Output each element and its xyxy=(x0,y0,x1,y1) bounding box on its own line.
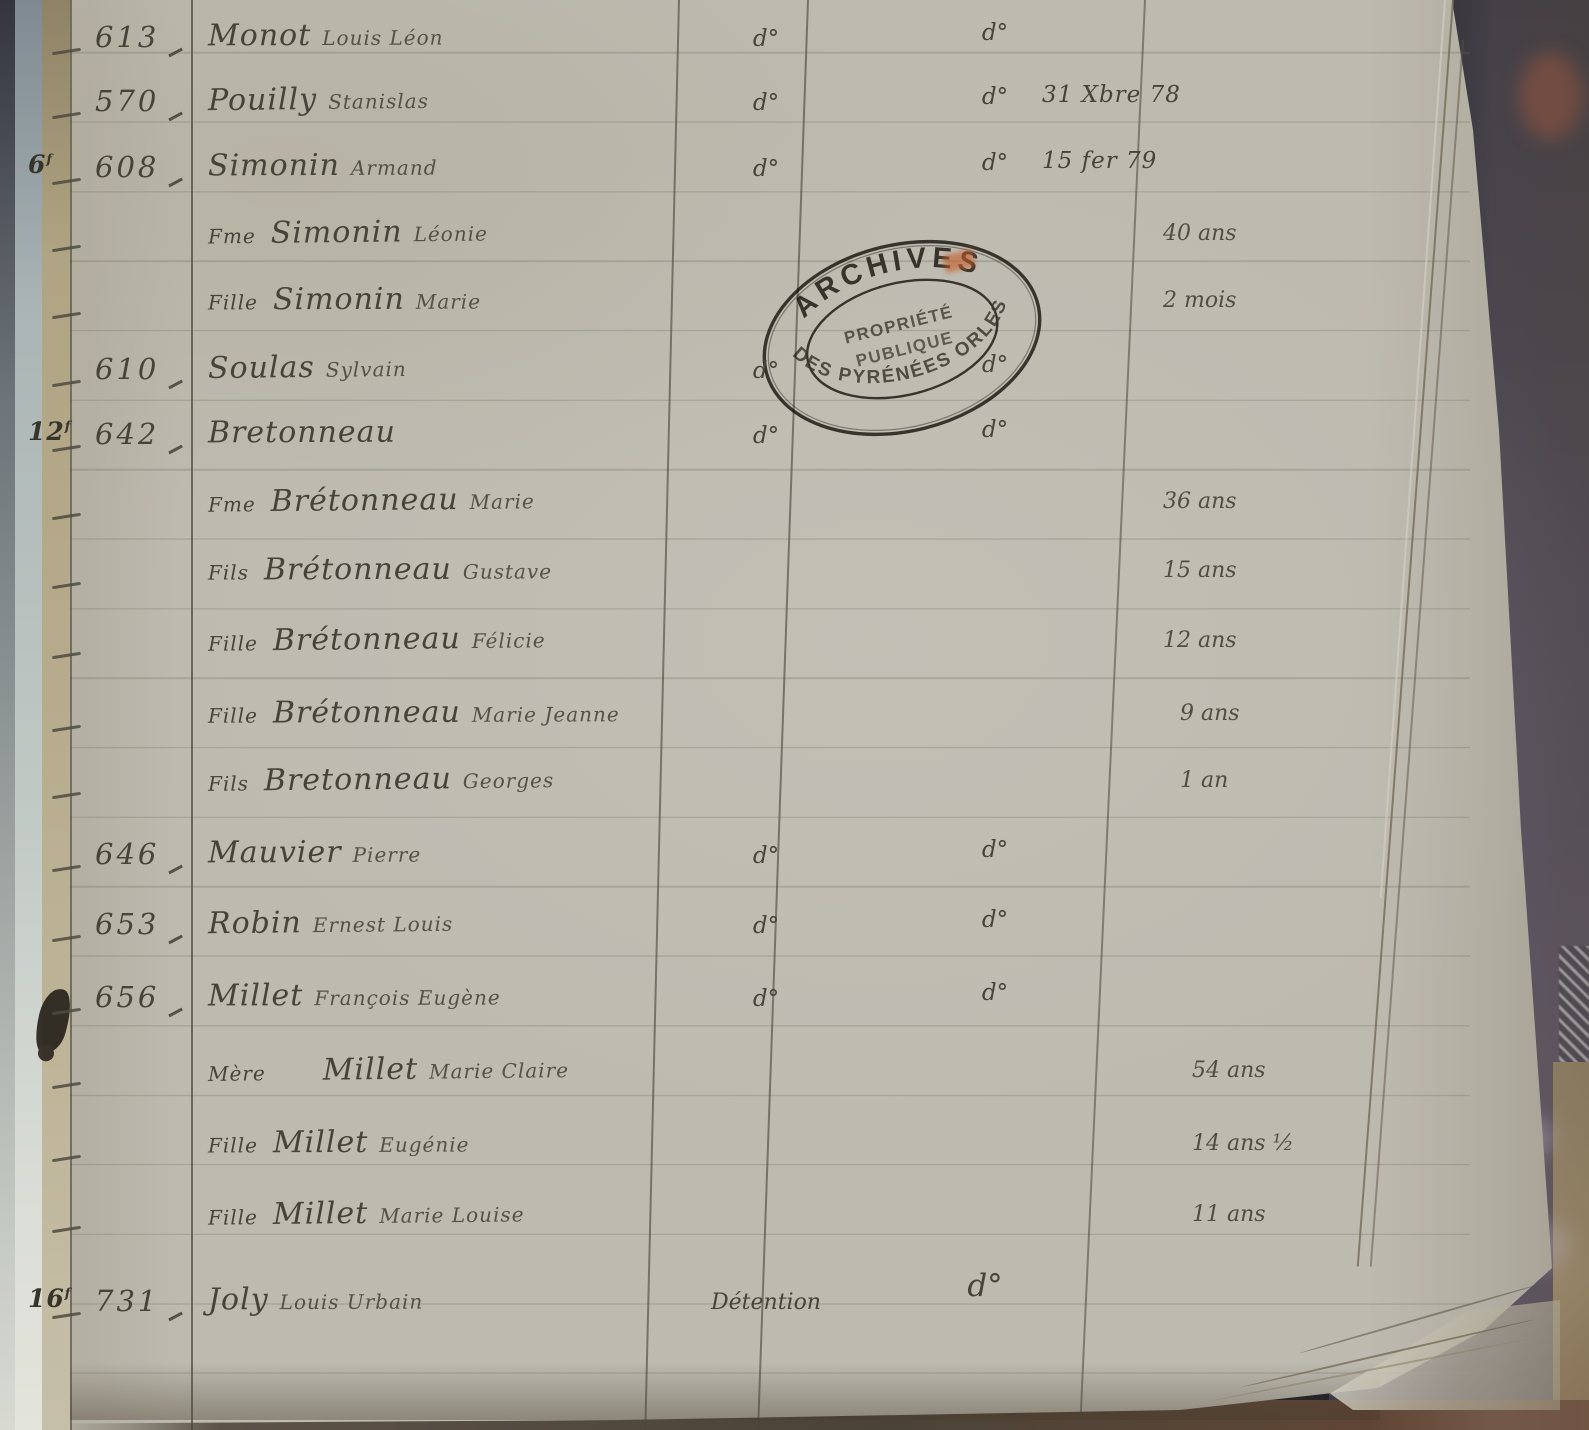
ditto-cell: d° xyxy=(928,980,1062,1006)
motif-cell: d° xyxy=(700,90,832,116)
margin-dash xyxy=(52,1008,81,1015)
kinship-prefix: Fille xyxy=(208,290,258,314)
given-names: Armand xyxy=(351,156,438,180)
motif-cell: Détention xyxy=(700,1290,832,1315)
age-cell: 1 an xyxy=(1180,768,1228,793)
kinship-prefix: Mère xyxy=(208,1061,266,1086)
name-cell: Bretonneau xyxy=(208,415,396,451)
motif-cell: d° xyxy=(700,26,832,52)
surname: Millet xyxy=(273,1125,368,1160)
ledger-row: 16f 731 JolyLouis Urbain Détention d° xyxy=(0,1282,1589,1346)
ditto-cell: d° xyxy=(928,837,1062,863)
ledger-row: FilleMilletMarie Louise 11 ans xyxy=(0,1196,1589,1260)
given-names: Pierre xyxy=(353,843,422,867)
matricule-number: 608 xyxy=(95,150,159,184)
ledger-row: FmeBrétonneauMarie 36 ans xyxy=(0,483,1589,547)
margin-dash xyxy=(52,935,81,942)
margin-dash xyxy=(52,245,81,252)
given-names: Louis Urbain xyxy=(280,1290,424,1315)
age-cell: 12 ans xyxy=(1163,628,1237,653)
ledger-row: 610 SoulasSylvain d° d° xyxy=(0,350,1589,414)
age-cell: 14 ans ½ xyxy=(1192,1131,1294,1156)
name-cell: FmeSimoninLéonie xyxy=(208,214,488,252)
margin-dash xyxy=(52,725,81,732)
margin-dash xyxy=(52,178,81,185)
given-names: Léonie xyxy=(413,222,488,247)
ledger-row: 570 PouillyStanislas d° d° 31 Xbre 78 xyxy=(0,82,1589,146)
given-names: Marie xyxy=(416,290,481,314)
name-cell: FilleMilletEugénie xyxy=(208,1125,470,1161)
name-cell: FilsBrétonneauGustave xyxy=(208,551,552,587)
name-cell: JolyLouis Urbain xyxy=(208,1282,423,1318)
kinship-prefix: Fille xyxy=(208,704,258,728)
margin-dash xyxy=(52,1226,81,1233)
surname: Brétonneau xyxy=(264,552,452,588)
name-cell: SoulasSylvain xyxy=(208,349,407,386)
ledger-row: 6f 608 SimoninArmand d° d° 15 fer 79 xyxy=(0,148,1589,212)
margin-note: 16f xyxy=(28,1284,71,1313)
matricule-number: 646 xyxy=(95,837,159,871)
age-cell: 11 ans xyxy=(1192,1202,1266,1227)
given-names: Marie Louise xyxy=(379,1202,525,1228)
kinship-prefix: Fille xyxy=(208,1205,258,1230)
age-cell: 36 ans xyxy=(1163,489,1237,514)
ledger-row: FilsBrétonneauGustave 15 ans xyxy=(0,552,1589,616)
age-cell: 2 mois xyxy=(1163,288,1236,313)
age-cell: 40 ans xyxy=(1163,221,1237,246)
margin-note: 12f xyxy=(28,417,71,446)
date-cell: 31 Xbre 78 xyxy=(1042,82,1181,108)
kinship-prefix: Fme xyxy=(208,224,256,248)
ditto-cell: d° xyxy=(928,352,1062,378)
ditto-cell: d° xyxy=(928,20,1062,46)
name-cell: FilsBretonneauGeorges xyxy=(208,760,554,799)
given-names: Marie Claire xyxy=(429,1058,569,1083)
surname: Mauvier xyxy=(208,835,342,870)
given-names: Gustave xyxy=(463,559,552,583)
surname: Simonin xyxy=(273,282,405,317)
margin-dash xyxy=(52,48,81,55)
surname: Brétonneau xyxy=(273,621,461,658)
margin-dash xyxy=(52,1082,81,1089)
matricule-number: 610 xyxy=(95,352,159,386)
given-names: Ernest Louis xyxy=(313,912,454,937)
ledger-row: 613 MonotLouis Léon d° d° xyxy=(0,18,1589,82)
ledger-row: 646 MauvierPierre d° d° xyxy=(0,835,1589,899)
ledger-row: 656 MilletFrançois Eugène d° d° xyxy=(0,978,1589,1042)
name-cell: MauvierPierre xyxy=(208,835,421,871)
ledger-row: FilleBrétonneauFélicie 12 ans xyxy=(0,622,1589,686)
given-names: Marie xyxy=(469,489,534,514)
kinship-prefix: Fils xyxy=(208,771,249,795)
name-cell: MèreMilletMarie Claire xyxy=(208,1050,569,1089)
kinship-prefix: Fille xyxy=(208,1133,258,1157)
margin-dash xyxy=(52,1155,81,1162)
ledger-photo: ARCHIVES DES PYRÉNÉES ORLES PROPRIÉTÉ PU… xyxy=(0,0,1589,1430)
age-cell: 15 ans xyxy=(1163,558,1237,583)
name-cell: MonotLouis Léon xyxy=(208,18,444,54)
ledger-row: FilleSimoninMarie 2 mois xyxy=(0,282,1589,346)
ditto-cell: d° xyxy=(928,907,1062,933)
surname: Bretonneau xyxy=(264,761,452,798)
motif-cell: d° xyxy=(700,156,832,182)
surname: Soulas xyxy=(208,350,315,386)
name-cell: FilleSimoninMarie xyxy=(208,282,481,318)
margin-dash xyxy=(52,582,81,589)
age-cell: 9 ans xyxy=(1180,701,1240,726)
margin-note: 6f xyxy=(28,150,53,179)
name-cell: FmeBrétonneauMarie xyxy=(208,481,535,519)
name-cell: PouillyStanislas xyxy=(208,81,429,118)
ditto-cell: d° xyxy=(918,1268,1052,1304)
given-names: Georges xyxy=(463,768,555,793)
matricule-number: 613 xyxy=(95,20,159,54)
margin-dash xyxy=(52,513,81,520)
surname: Pouilly xyxy=(208,82,317,118)
given-names: François Eugène xyxy=(314,985,500,1010)
date-cell: 15 fer 79 xyxy=(1042,148,1157,174)
matricule-number: 570 xyxy=(95,84,159,118)
surname: Bretonneau xyxy=(208,415,396,451)
ledger-row: FilsBretonneauGeorges 1 an xyxy=(0,762,1589,826)
given-names: Sylvain xyxy=(326,357,407,382)
name-cell: SimoninArmand xyxy=(208,148,438,184)
given-names: Louis Léon xyxy=(322,26,443,50)
surname: Monot xyxy=(208,18,311,53)
motif-cell: d° xyxy=(700,913,832,939)
surname: Brétonneau xyxy=(271,482,459,519)
kinship-prefix: Fils xyxy=(208,560,249,584)
ditto-cell: d° xyxy=(928,417,1062,443)
ledger-row: 12f 642 Bretonneau d° d° xyxy=(0,415,1589,479)
margin-dash xyxy=(52,792,81,799)
margin-dash xyxy=(52,312,81,319)
motif-cell: d° xyxy=(700,986,832,1012)
motif-cell: d° xyxy=(700,423,832,449)
given-names: Félicie xyxy=(472,628,546,653)
surname: Millet xyxy=(323,1052,419,1088)
surname: Simonin xyxy=(208,148,340,183)
surname: Joly xyxy=(208,1282,269,1317)
margin-dash xyxy=(52,380,81,387)
matricule-number: 642 xyxy=(95,417,159,451)
surname: Millet xyxy=(273,1196,369,1232)
ledger-row: 653 RobinErnest Louis d° d° xyxy=(0,905,1589,969)
name-cell: MilletFrançois Eugène xyxy=(208,977,501,1013)
age-cell: 54 ans xyxy=(1192,1058,1266,1083)
name-cell: FilleBrétonneauFélicie xyxy=(208,620,546,659)
ledger-row: FmeSimoninLéonie 40 ans xyxy=(0,215,1589,279)
margin-dash xyxy=(52,112,81,119)
surname: Brétonneau xyxy=(273,695,461,731)
margin-dash xyxy=(52,652,81,659)
surname: Simonin xyxy=(271,214,403,250)
motif-cell: d° xyxy=(700,843,832,869)
kinship-prefix: Fille xyxy=(208,631,258,656)
ledger-row: FilleBrétonneauMarie Jeanne 9 ans xyxy=(0,695,1589,759)
motif-cell: d° xyxy=(700,358,832,384)
kinship-prefix: Fme xyxy=(208,492,256,516)
name-cell: RobinErnest Louis xyxy=(208,904,454,942)
ledger-row: FilleMilletEugénie 14 ans ½ xyxy=(0,1125,1589,1189)
given-names: Stanislas xyxy=(328,89,429,114)
given-names: Marie Jeanne xyxy=(472,702,620,727)
surname: Robin xyxy=(208,905,302,941)
given-names: Eugénie xyxy=(379,1133,469,1157)
name-cell: FilleBrétonneauMarie Jeanne xyxy=(208,694,620,730)
matricule-number: 731 xyxy=(95,1284,159,1318)
ledger-row: MèreMilletMarie Claire 54 ans xyxy=(0,1052,1589,1116)
matricule-number: 656 xyxy=(95,980,159,1014)
surname: Millet xyxy=(208,978,303,1013)
margin-dash xyxy=(52,865,81,872)
name-cell: FilleMilletMarie Louise xyxy=(208,1194,525,1232)
matricule-number: 653 xyxy=(95,907,159,941)
